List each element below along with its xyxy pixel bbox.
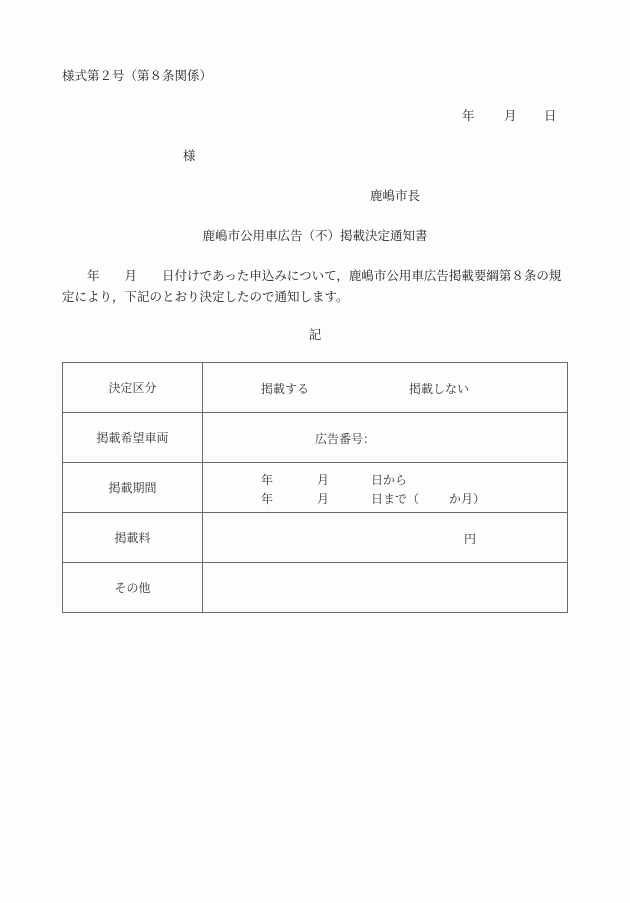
row-value: 掲載する 掲載しない — [203, 363, 568, 413]
period-start-suffix: 日から — [371, 471, 407, 488]
decision-table: 決定区分 掲載する 掲載しない 掲載希望車両 広告番号： 掲載期間 年 月 日か… — [62, 362, 568, 613]
date-month: 月 — [504, 106, 544, 124]
row-value: 年 月 日から 年 月 日まで（ か月） — [203, 463, 568, 513]
issuer: 鹿嶋市長 — [370, 186, 420, 204]
body-text: 年 月 日付けであった申込みについて，鹿嶋市公用車広告掲載要綱第８条の規定により… — [62, 265, 572, 307]
ad-number-label: 広告番号： — [315, 430, 375, 447]
date-year: 年 — [462, 106, 504, 124]
period-start-month: 月 — [317, 471, 329, 488]
fee-yen: 円 — [464, 530, 476, 547]
period-months: か月） — [449, 490, 485, 507]
date-day: 日 — [544, 106, 557, 124]
table-row-other: その他 — [63, 563, 568, 613]
row-value: 広告番号： — [203, 413, 568, 463]
row-label: 掲載希望車両 — [63, 413, 203, 463]
period-end-suffix: 日まで（ — [371, 490, 419, 507]
table-row-period: 掲載期間 年 月 日から 年 月 日まで（ か月） — [63, 463, 568, 513]
document-title: 鹿嶋市公用車広告（不）掲載決定通知書 — [0, 226, 630, 244]
row-label: その他 — [63, 563, 203, 613]
option-not-publish[interactable]: 掲載しない — [409, 380, 469, 397]
form-number: 様式第２号（第８条関係） — [62, 66, 212, 84]
table-row-fee: 掲載料 円 — [63, 513, 568, 563]
row-label: 掲載料 — [63, 513, 203, 563]
period-start-year: 年 — [261, 471, 273, 488]
addressee: 様 — [183, 146, 196, 164]
option-publish[interactable]: 掲載する — [261, 380, 309, 397]
row-label: 掲載期間 — [63, 463, 203, 513]
date-line: 年月日 — [462, 106, 557, 124]
period-end-month: 月 — [317, 490, 329, 507]
table-row-decision: 決定区分 掲載する 掲載しない — [63, 363, 568, 413]
row-value: 円 — [203, 513, 568, 563]
period-end-year: 年 — [261, 490, 273, 507]
row-value — [203, 563, 568, 613]
row-label: 決定区分 — [63, 363, 203, 413]
ki-heading: 記 — [0, 325, 630, 343]
table-row-vehicle: 掲載希望車両 広告番号： — [63, 413, 568, 463]
